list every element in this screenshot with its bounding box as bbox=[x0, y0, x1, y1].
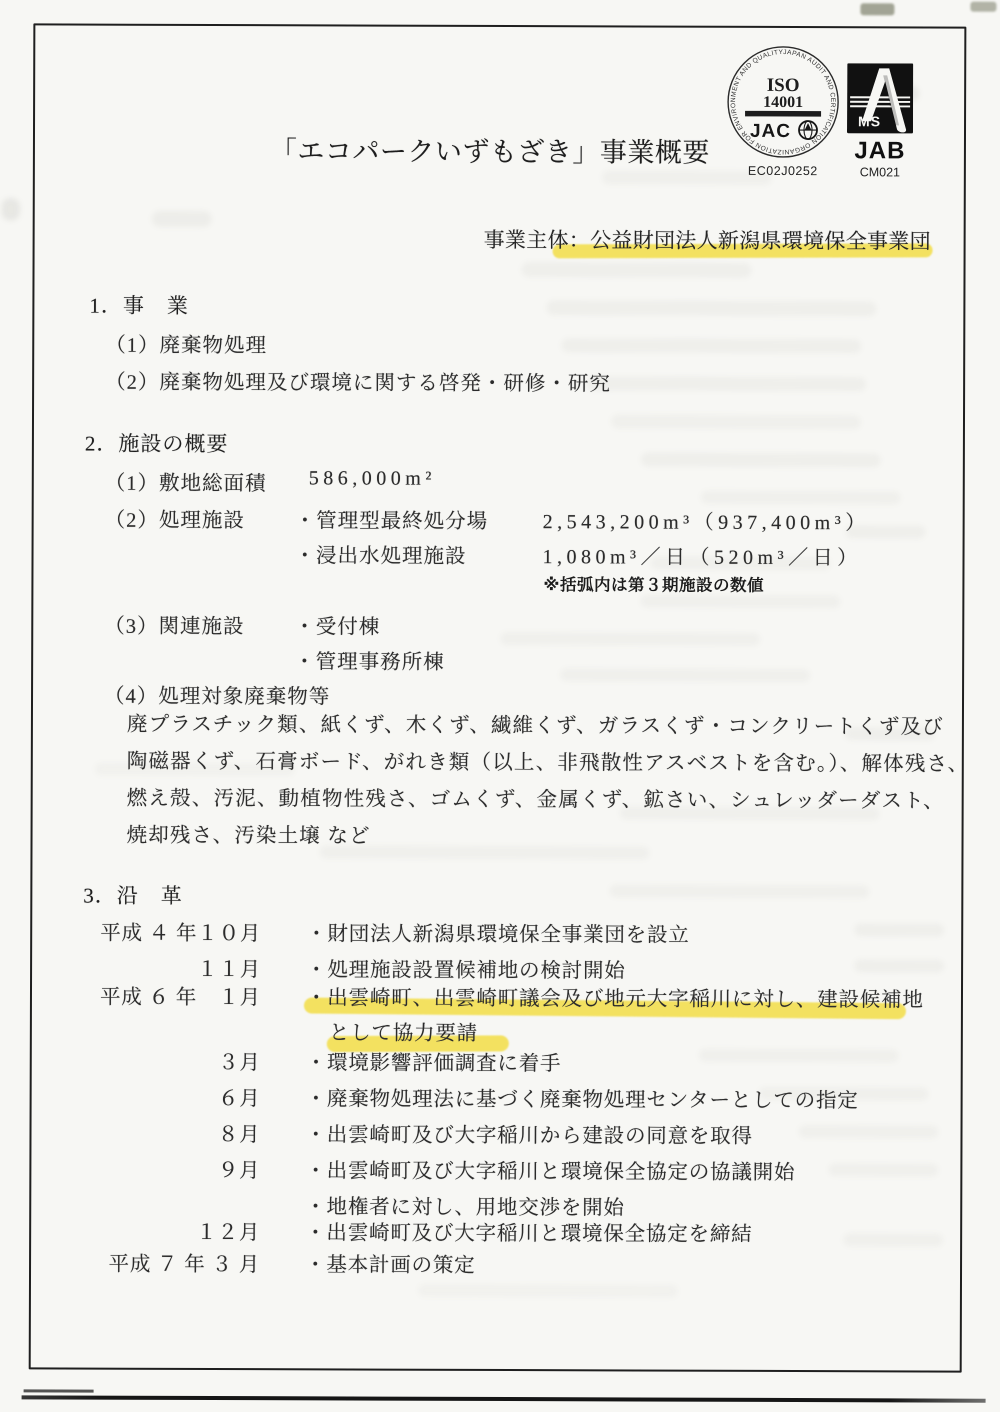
timeline-event: ・出雲崎町及び大字稲川と環境保全協定の協議開始 bbox=[305, 1153, 795, 1185]
site-area-label: （1）敷地総面積 bbox=[105, 466, 267, 497]
timeline-date: 平成 ６ 年 １月 bbox=[59, 979, 261, 1010]
related-facility-label: （3）関連施設 bbox=[104, 609, 244, 639]
timeline-row: ３月 ・環境影響評価調査に着手 bbox=[0, 1044, 999, 1077]
ghost-text-smudge bbox=[152, 211, 212, 227]
timeline-date: 平成 ４ 年１０月 bbox=[59, 915, 261, 946]
scanned-document-page: JAPAN AUDIT AND CERTIFICATION ORGANIZATI… bbox=[0, 0, 1000, 1412]
admin-office-item: ・管理事務所棟 bbox=[294, 644, 445, 675]
leachate-item: ・浸出水処理施設 bbox=[294, 538, 466, 569]
site-area-value: 586,000m² bbox=[309, 467, 436, 490]
scan-edge-artifact bbox=[24, 1389, 94, 1392]
timeline-event: ・出雲崎町及び大字稲川と環境保全協定を締結 bbox=[305, 1215, 752, 1247]
timeline-row: 平成 ７ 年 ３ 月 ・基本計画の策定 bbox=[0, 1246, 998, 1279]
landfill-item: ・管理型最終処分場 bbox=[295, 503, 489, 534]
waste-list-line2: 陶磁器くず、石膏ボード、がれき類（以上、非飛散性アスベストを含む。）、解体残さ、 bbox=[127, 744, 969, 777]
ghost-text-smudge bbox=[561, 338, 861, 353]
ghost-text-smudge bbox=[640, 594, 840, 608]
ghost-text-smudge bbox=[500, 632, 760, 646]
timeline-row: 平成 ４ 年１０月 ・財団法人新潟県環境保全事業団を設立 bbox=[0, 915, 999, 948]
timeline-row: として協力要請 bbox=[0, 1014, 999, 1047]
subject-label: 事業主体： bbox=[484, 228, 591, 252]
timeline-row: １２月 ・出雲崎町及び大字稲川と環境保全協定を締結 bbox=[0, 1214, 998, 1247]
ghost-text-smudge bbox=[521, 262, 751, 278]
timeline-date: ６月 bbox=[59, 1080, 261, 1111]
waste-list-line1: 廃プラスチック類、紙くず、木くず、繊維くず、ガラスくず・コンクリートくず及び bbox=[127, 707, 944, 740]
timeline-row: ９月 ・出雲崎町及び大字稲川と環境保全協定の協議開始 bbox=[0, 1152, 998, 1185]
scanner-smudge bbox=[860, 3, 894, 15]
ghost-text-smudge bbox=[418, 1284, 678, 1298]
subject-line: 事業主体：公益財団法人新潟県環境保全事業団 bbox=[484, 224, 931, 256]
iso14001-jaco-logo: JAPAN AUDIT AND CERTIFICATION ORGANIZATI… bbox=[724, 43, 842, 161]
waste-list-line3: 燃え殻、汚泥、動植物性残さ、ゴムくず、金属くず、鉱さい、シュレッダーダスト、 bbox=[127, 781, 945, 814]
paper-bottom-edge bbox=[22, 1395, 986, 1402]
scanner-smudge bbox=[970, 2, 996, 12]
waste-list-line4: 焼却残さ、汚染土壌 など bbox=[127, 818, 371, 849]
ghost-text-smudge bbox=[611, 414, 861, 429]
timeline-date: １２月 bbox=[58, 1214, 260, 1245]
jab-ms-logo: MS JAB CM021 bbox=[847, 63, 913, 140]
jab-name-label: JAB bbox=[847, 137, 913, 165]
timeline-event: ・財団法人新潟県環境保全事業団を設立 bbox=[306, 916, 690, 947]
timeline-event: として協力要請 bbox=[329, 1015, 478, 1046]
jab-ms-icon: MS bbox=[847, 63, 913, 135]
scan-content: JAPAN AUDIT AND CERTIFICATION ORGANIZATI… bbox=[0, 0, 1000, 1412]
parenthesis-note: ※括弧内は第３期施設の数値 bbox=[543, 571, 764, 596]
section1-item1: （1）廃棄物処理 bbox=[105, 328, 267, 359]
timeline-event: ・出雲崎町及び大字稲川から建設の同意を取得 bbox=[305, 1117, 752, 1149]
jaco-globe-icon bbox=[799, 121, 817, 139]
timeline-date: ９月 bbox=[58, 1152, 260, 1183]
ghost-text-smudge bbox=[701, 491, 901, 505]
section3-heading: 3．沿 革 bbox=[83, 880, 183, 910]
iso-standard-label: ISO bbox=[767, 75, 800, 96]
bleedthrough-ghosts bbox=[2, 0, 1000, 2]
ghost-text-smudge bbox=[586, 376, 866, 391]
subject-value: 公益財団法人新潟県環境保全事業団 bbox=[590, 228, 931, 253]
ghost-text-smudge bbox=[609, 884, 869, 898]
ghost-text-smudge bbox=[2, 198, 20, 220]
landfill-capacity-value: 2,543,200m³（937,400m³） bbox=[543, 505, 870, 535]
ghost-text-smudge bbox=[560, 668, 810, 682]
jab-cert-number: CM021 bbox=[847, 165, 913, 179]
timeline-event: ・環境影響評価調査に着手 bbox=[306, 1045, 562, 1076]
document-title: 「エコパークいずもざき」事業概要 bbox=[270, 129, 710, 170]
timeline-event: ・基本計画の策定 bbox=[305, 1247, 476, 1278]
timeline-date: ３月 bbox=[59, 1044, 261, 1075]
treatment-facility-label: （2）処理施設 bbox=[105, 503, 245, 533]
iso-stamp-icon: JAPAN AUDIT AND CERTIFICATION ORGANIZATI… bbox=[724, 43, 842, 161]
timeline-row: ８月 ・出雲崎町及び大字稲川から建設の同意を取得 bbox=[0, 1116, 999, 1149]
timeline-date: 平成 ７ 年 ３ 月 bbox=[58, 1246, 260, 1277]
jaco-org-label: JAC bbox=[750, 121, 791, 142]
timeline-event: ・出雲崎町、出雲崎町議会及び地元大字稲川に対し、建設候補地 bbox=[306, 980, 924, 1012]
section1-item2: （2）廃棄物処理及び環境に関する啓発・研修・研究 bbox=[105, 365, 611, 397]
ghost-text-smudge bbox=[546, 300, 876, 316]
iso-number-label: 14001 bbox=[763, 94, 803, 111]
ghost-text-smudge bbox=[641, 452, 881, 467]
jab-ms-label: MS bbox=[858, 113, 881, 129]
section2-heading: 2．施設の概要 bbox=[85, 428, 229, 459]
timeline-event: ・廃棄物処理法に基づく廃棄物処理センターとしての指定 bbox=[306, 1081, 859, 1113]
timeline-event: ・処理施設設置候補地の検討開始 bbox=[306, 952, 626, 983]
reception-building-item: ・受付棟 bbox=[294, 609, 380, 639]
timeline-row: 平成 ６ 年 １月 ・出雲崎町、出雲崎町議会及び地元大字稲川に対し、建設候補地 bbox=[0, 979, 999, 1012]
timeline-date: ８月 bbox=[58, 1116, 260, 1147]
leachate-capacity-value: 1,080m³／日（520m³／日） bbox=[542, 540, 861, 570]
section1-heading: 1．事 業 bbox=[89, 290, 189, 320]
target-waste-label: （4）処理対象廃棄物等 bbox=[104, 679, 330, 710]
iso-cert-number: EC02J0252 bbox=[724, 164, 842, 178]
timeline-date: １１月 bbox=[59, 951, 261, 982]
timeline-row: ６月 ・廃棄物処理法に基づく廃棄物処理センターとしての指定 bbox=[0, 1080, 999, 1113]
